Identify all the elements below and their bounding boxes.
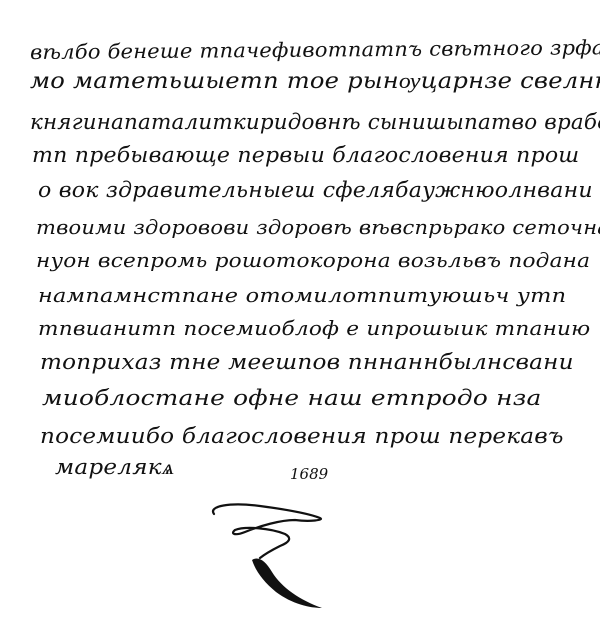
manuscript-line-9: тпвианитп посемиоблоф е ипрошыик тпанию [38, 316, 590, 340]
manuscript-line-10: топрихаз тне меешпов пннаннбылнсвани [40, 350, 574, 374]
manuscript-line-8: нампамнстпане отомилотпитуюшьч утп [38, 283, 566, 307]
manuscript-line-12: посемиибо благословения прош перекавъ [40, 424, 564, 448]
manuscript-line-6: твоими здоровови здоровѣ вѣвспрьрако сет… [36, 215, 600, 239]
manuscript-line-2: мо матетьшыетп тое рынѹцарнзе свелнко [30, 68, 600, 94]
date-1689: 1689 [290, 465, 328, 483]
manuscript-line-11: миоблостане офне наш етпродо нза [42, 386, 541, 410]
manuscript-line-4: тп пребывающе первыи благословения прош [32, 143, 579, 167]
signature-flourish-icon [200, 500, 400, 620]
manuscript-line-5: о вок здравительныеш сфелябаужнюолнвани [38, 178, 593, 202]
manuscript-line-7: нуон всепромь рошотокорона возьльвъ пода… [36, 248, 590, 272]
manuscript-line-3: княгинапаталиткиридовнѣ сынишыпатво враб… [30, 110, 600, 134]
manuscript-line-1: вѣлбо бенеше тпачефивотпатпъ свѣтного зр… [30, 35, 600, 64]
manuscript-page: вѣлбо бенеше тпачефивотпатпъ свѣтного зр… [0, 0, 600, 630]
manuscript-line-13: марелякѧ [55, 455, 174, 480]
